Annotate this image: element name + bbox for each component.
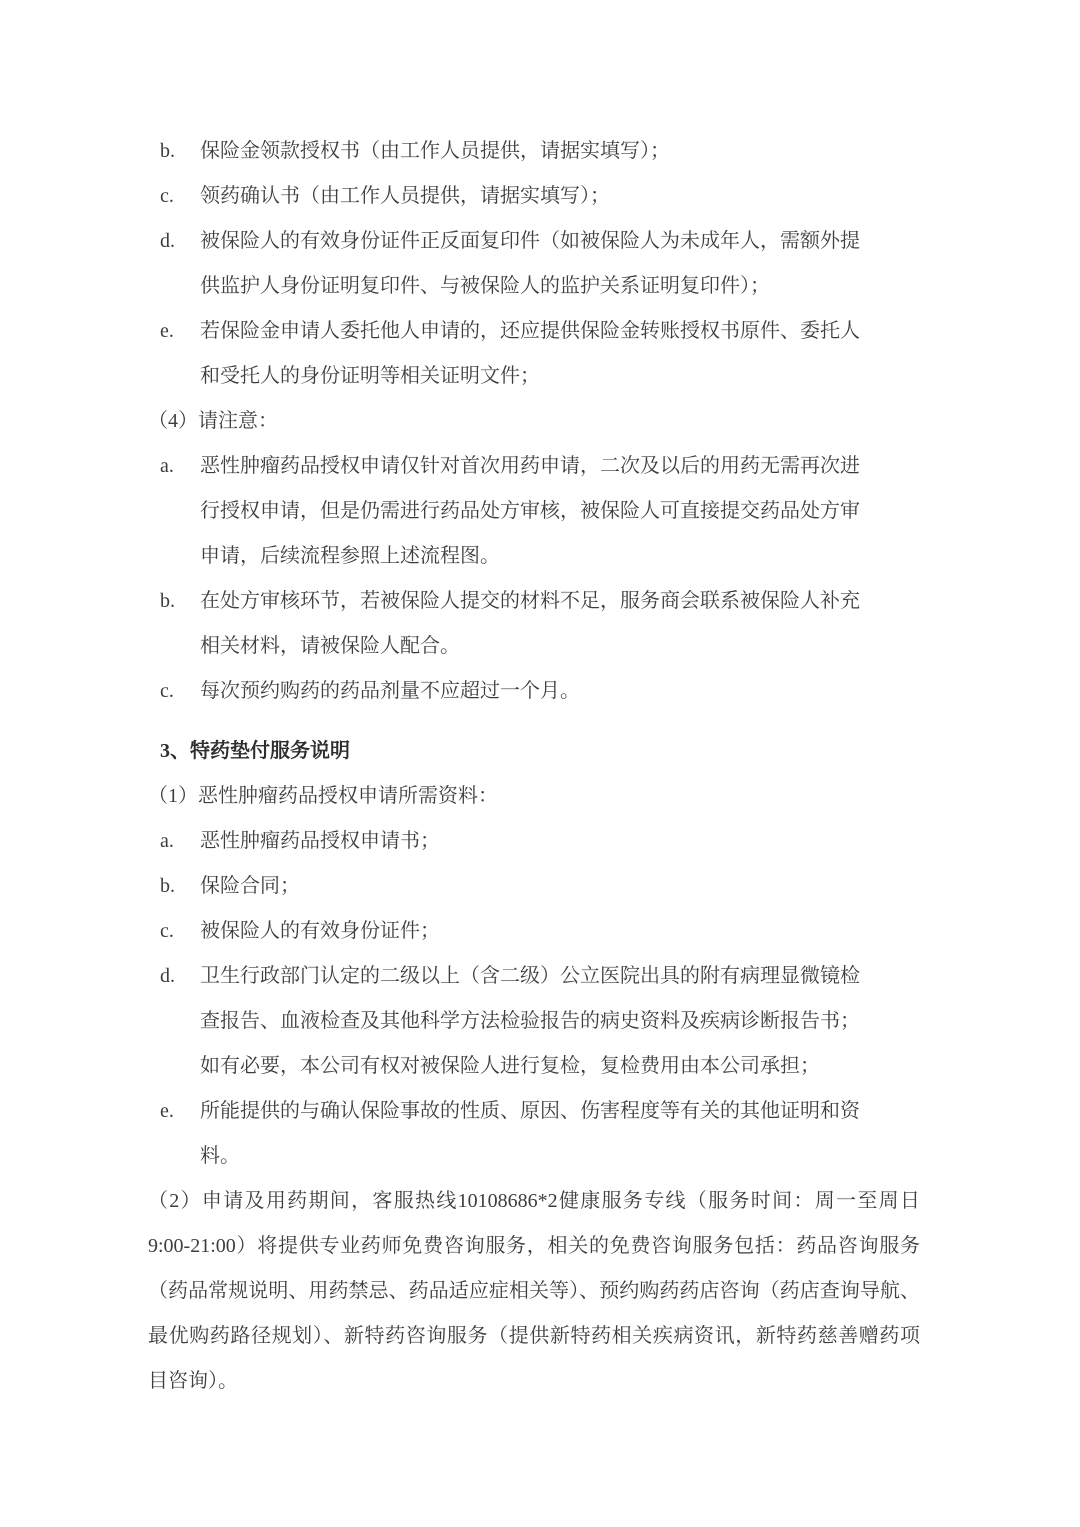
text-line: 目咨询）。 [148, 1359, 920, 1404]
text-line: 领药确认书（由工作人员提供，请据实填写）； [200, 174, 860, 219]
list-item-text: 保险合同； [200, 864, 860, 909]
list-item: c.领药确认书（由工作人员提供，请据实填写）； [160, 174, 1080, 219]
text-line: （药品常规说明、用药禁忌、药品适应症相关等）、预约购药药店咨询（药店查询导航、 [148, 1269, 920, 1314]
document-body: b.保险金领款授权书（由工作人员提供，请据实填写）；c.领药确认书（由工作人员提… [0, 0, 1080, 1404]
list-item-text: 被保险人的有效身份证件正反面复印件（如被保险人为未成年人，需额外提供监护人身份证… [200, 219, 860, 309]
text-line: 保险合同； [200, 864, 860, 909]
text-line: 所能提供的与确认保险事故的性质、原因、伤害程度等有关的其他证明和资 [200, 1089, 860, 1134]
list-item-text: 所能提供的与确认保险事故的性质、原因、伤害程度等有关的其他证明和资料。 [200, 1089, 860, 1179]
text-line: 恶性肿瘤药品授权申请书； [200, 819, 860, 864]
list-item: a.恶性肿瘤药品授权申请书； [160, 819, 1080, 864]
document-page: b.保险金领款授权书（由工作人员提供，请据实填写）；c.领药确认书（由工作人员提… [0, 0, 1080, 1527]
list-item: b.保险金领款授权书（由工作人员提供，请据实填写）； [160, 129, 1080, 174]
paragraph: （4）请注意： [148, 399, 920, 444]
list-item: d.卫生行政部门认定的二级以上（含二级）公立医院出具的附有病理显微镜检查报告、血… [160, 954, 1080, 1089]
text-line: 相关材料，请被保险人配合。 [200, 624, 860, 669]
text-line: （4）请注意： [148, 399, 920, 444]
text-line: （2）申请及用药期间，客服热线10108686*2健康服务专线（服务时间：周一至… [148, 1179, 920, 1224]
text-line: 料。 [200, 1134, 860, 1179]
text-line: 申请，后续流程参照上述流程图。 [200, 534, 860, 579]
list-item-text: 在处方审核环节，若被保险人提交的材料不足，服务商会联系被保险人补充相关材料，请被… [200, 579, 860, 669]
paragraph: （1）恶性肿瘤药品授权申请所需资料： [148, 774, 920, 819]
list-item-text: 若保险金申请人委托他人申请的，还应提供保险金转账授权书原件、委托人和受托人的身份… [200, 309, 860, 399]
text-line: 在处方审核环节，若被保险人提交的材料不足，服务商会联系被保险人补充 [200, 579, 860, 624]
list-item: b.保险合同； [160, 864, 1080, 909]
list-item-text: 领药确认书（由工作人员提供，请据实填写）； [200, 174, 860, 219]
list-item: d.被保险人的有效身份证件正反面复印件（如被保险人为未成年人，需额外提供监护人身… [160, 219, 1080, 309]
list-marker: d. [160, 219, 200, 264]
list-marker: a. [160, 444, 200, 489]
text-line: 恶性肿瘤药品授权申请仅针对首次用药申请，二次及以后的用药无需再次进 [200, 444, 860, 489]
list-item-text: 卫生行政部门认定的二级以上（含二级）公立医院出具的附有病理显微镜检查报告、血液检… [200, 954, 860, 1089]
list-marker: c. [160, 909, 200, 954]
list-item: b.在处方审核环节，若被保险人提交的材料不足，服务商会联系被保险人补充相关材料，… [160, 579, 1080, 669]
text-line: 查报告、血液检查及其他科学方法检验报告的病史资料及疾病诊断报告书； [200, 999, 860, 1044]
list-item: c.被保险人的有效身份证件； [160, 909, 1080, 954]
text-line: 卫生行政部门认定的二级以上（含二级）公立医院出具的附有病理显微镜检 [200, 954, 860, 999]
list-item: e.所能提供的与确认保险事故的性质、原因、伤害程度等有关的其他证明和资料。 [160, 1089, 1080, 1179]
list-item: e.若保险金申请人委托他人申请的，还应提供保险金转账授权书原件、委托人和受托人的… [160, 309, 1080, 399]
paragraph: （2）申请及用药期间，客服热线10108686*2健康服务专线（服务时间：周一至… [148, 1179, 920, 1404]
list-item-text: 每次预约购药的药品剂量不应超过一个月。 [200, 669, 860, 714]
text-line: 保险金领款授权书（由工作人员提供，请据实填写）； [200, 129, 860, 174]
list-marker: b. [160, 579, 200, 624]
list-item: a.恶性肿瘤药品授权申请仅针对首次用药申请，二次及以后的用药无需再次进行授权申请… [160, 444, 1080, 579]
list-marker: b. [160, 129, 200, 174]
text-line: 最优购药路径规划）、新特药咨询服务（提供新特药相关疾病资讯，新特药慈善赠药项 [148, 1314, 920, 1359]
text-line: 被保险人的有效身份证件； [200, 909, 860, 954]
list-item: c.每次预约购药的药品剂量不应超过一个月。 [160, 669, 1080, 714]
list-item-text: 被保险人的有效身份证件； [200, 909, 860, 954]
section-heading: 3、特药垫付服务说明 [160, 729, 1080, 774]
list-marker: a. [160, 819, 200, 864]
list-item-text: 恶性肿瘤药品授权申请书； [200, 819, 860, 864]
list-item-text: 恶性肿瘤药品授权申请仅针对首次用药申请，二次及以后的用药无需再次进行授权申请，但… [200, 444, 860, 579]
text-line: 若保险金申请人委托他人申请的，还应提供保险金转账授权书原件、委托人 [200, 309, 860, 354]
text-line: 行授权申请，但是仍需进行药品处方审核，被保险人可直接提交药品处方审核 [200, 489, 860, 534]
list-item-text: 保险金领款授权书（由工作人员提供，请据实填写）； [200, 129, 860, 174]
text-line: 如有必要，本公司有权对被保险人进行复检，复检费用由本公司承担； [200, 1044, 860, 1089]
list-marker: e. [160, 1089, 200, 1134]
list-marker: c. [160, 669, 200, 714]
list-marker: e. [160, 309, 200, 354]
text-line: 供监护人身份证明复印件、与被保险人的监护关系证明复印件）； [200, 264, 860, 309]
list-marker: c. [160, 174, 200, 219]
text-line: 被保险人的有效身份证件正反面复印件（如被保险人为未成年人，需额外提 [200, 219, 860, 264]
text-line: 和受托人的身份证明等相关证明文件； [200, 354, 860, 399]
text-line: 每次预约购药的药品剂量不应超过一个月。 [200, 669, 860, 714]
text-line: （1）恶性肿瘤药品授权申请所需资料： [148, 774, 920, 819]
list-marker: b. [160, 864, 200, 909]
text-line: 9:00-21:00）将提供专业药师免费咨询服务，相关的免费咨询服务包括：药品咨… [148, 1224, 920, 1269]
list-marker: d. [160, 954, 200, 999]
